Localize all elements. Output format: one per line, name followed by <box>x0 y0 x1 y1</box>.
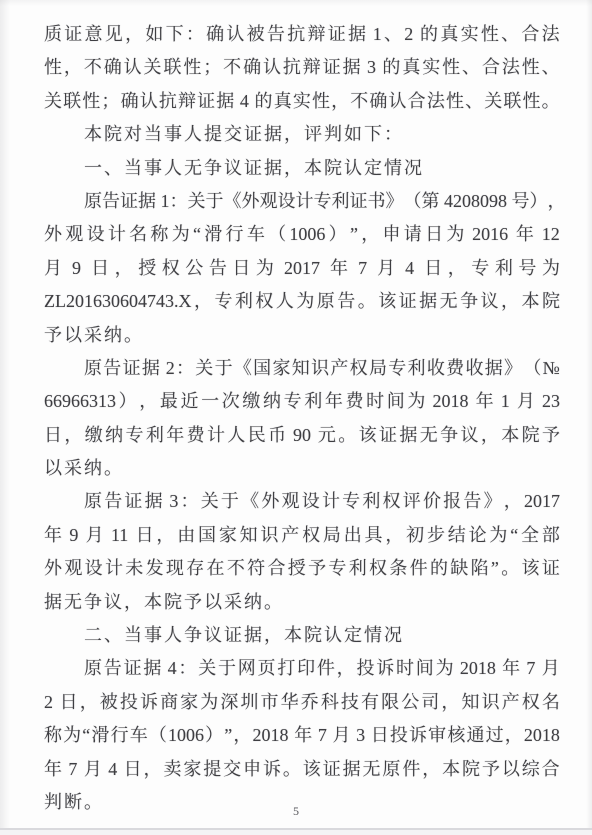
scan-edge-left <box>0 0 10 835</box>
text-line: 关联性；确认抗辩证据 4 的真实性，不确认合法性、关联性。 <box>44 85 560 118</box>
text-line: 以采纳。 <box>44 452 560 485</box>
text-line: 质证意见，如下：确认被告抗辩证据 1、2 的真实性、合法 <box>44 18 560 51</box>
text-line: 性，不确认关联性；不确认抗辩证据 3 的真实性、合法性、 <box>44 51 560 84</box>
page-number: 5 <box>0 804 592 819</box>
text-line: 称为“滑行车（1006）”，2018 年 7 月 3 日投诉审核通过，2018 <box>44 719 560 752</box>
text-line: 2 日，被投诉商家为深圳市华乔科技有限公司，知识产权名 <box>44 686 560 719</box>
text-line: 日，缴纳专利年费计人民币 90 元。该证据无争议，本院予 <box>44 419 560 452</box>
text-line: ZL201630604743.X，专利权人为原告。该证据无争议，本院 <box>44 285 560 318</box>
text-line: 原告证据 4：关于网页打印件，投诉时间为 2018 年 7 月 <box>44 652 560 685</box>
text-line: 本院对当事人提交证据，评判如下： <box>44 118 560 151</box>
text-line: 据无争议，本院予以采纳。 <box>44 586 560 619</box>
text-line: 66966313），最近一次缴纳专利年费时间为 2018 年 1 月 23 <box>44 385 560 418</box>
text-line: 年 7 月 4 日，卖家提交申诉。该证据无原件，本院予以综合 <box>44 753 560 786</box>
text-line: 二、当事人争议证据，本院认定情况 <box>44 619 560 652</box>
scan-edge-right <box>586 0 592 835</box>
text-line: 原告证据 1：关于《外观设计专利证书》（第 4208098 号）， <box>44 185 560 218</box>
text-line: 月 9 日，授权公告日为 2017 年 7 月 4 日，专利号为 <box>44 252 560 285</box>
text-line: 原告证据 3：关于《外观设计专利权评价报告》，2017 <box>44 485 560 518</box>
text-line: 予以采纳。 <box>44 319 560 352</box>
text-line: 外观设计未发现存在不符合授予专利权条件的缺陷”。该证 <box>44 552 560 585</box>
document-lines: 质证意见，如下：确认被告抗辩证据 1、2 的真实性、合法性，不确认关联性；不确认… <box>44 18 560 819</box>
text-line: 年 9 月 11 日，由国家知识产权局出具，初步结论为“全部 <box>44 519 560 552</box>
scan-edge-top <box>0 0 592 6</box>
document-page: 质证意见，如下：确认被告抗辩证据 1、2 的真实性、合法性，不确认关联性；不确认… <box>0 0 592 835</box>
text-line: 一、当事人无争议证据，本院认定情况 <box>44 152 560 185</box>
text-line: 原告证据 2：关于《国家知识产权局专利收费收据》（№ <box>44 352 560 385</box>
scan-edge-bottom-strip <box>0 830 592 835</box>
text-line: 外观设计名称为“滑行车（1006）”，申请日为 2016 年 12 <box>44 218 560 251</box>
